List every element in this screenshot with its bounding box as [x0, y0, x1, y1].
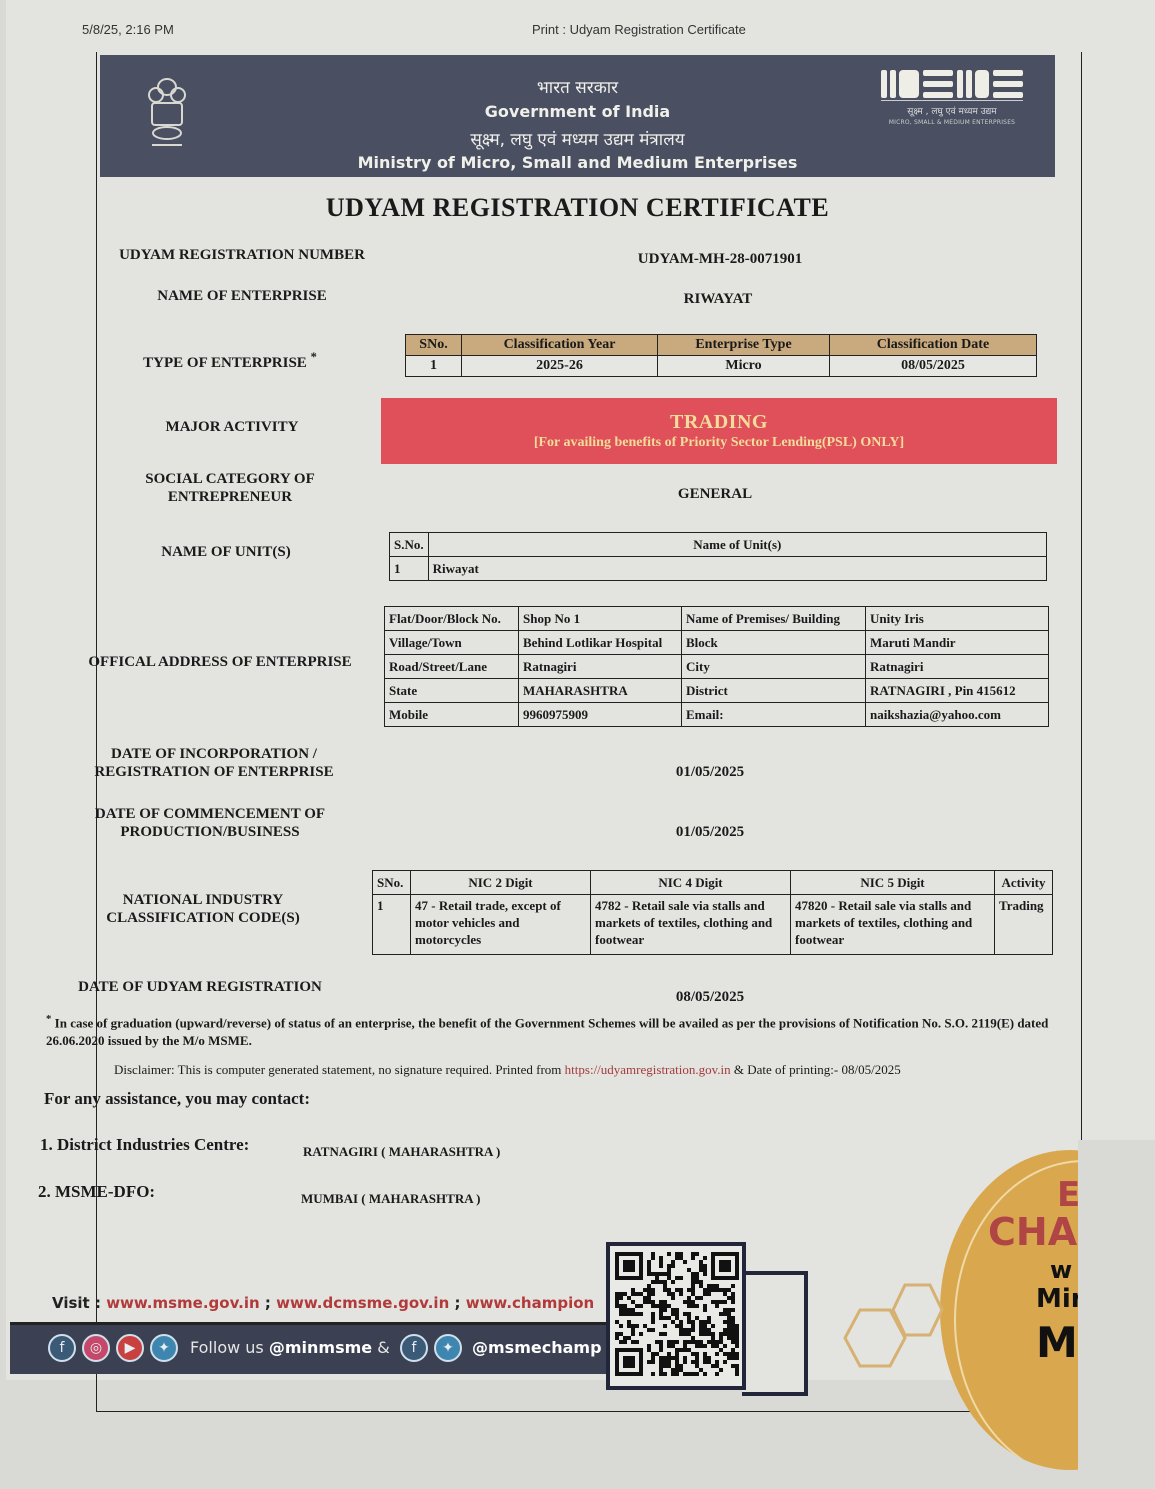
asterisk-mark: *	[311, 350, 317, 364]
address-field-label: Village/Town	[385, 631, 519, 655]
cell-sno: 1	[406, 356, 462, 377]
address-field-label: State	[385, 679, 519, 703]
address-field-value: RATNAGIRI , Pin 415612	[866, 679, 1049, 703]
champions-text-3: w	[1050, 1256, 1072, 1284]
header-classification-date: Classification Date	[830, 335, 1037, 356]
header-sno: S.No.	[390, 533, 429, 557]
msme-tagline-english: MICRO, SMALL & MEDIUM ENTERPRISES	[877, 119, 1027, 126]
honeycomb-decoration-icon	[820, 1280, 960, 1400]
major-activity-label: MAJOR ACTIVITY	[102, 418, 362, 436]
address-field-value: Maruti Mandir	[866, 631, 1049, 655]
header-enterprise-type: Enterprise Type	[658, 335, 830, 356]
cell-classification-date: 08/05/2025	[830, 356, 1037, 377]
ministry-name-text: Ministry of Micro, Small and Medium Ente…	[100, 153, 1055, 172]
qr-code-icon	[615, 1252, 739, 1376]
major-activity-note: [For availing benefits of Priority Secto…	[381, 435, 1057, 451]
cell-sno: 1	[373, 895, 411, 955]
champions-text-1: E	[1057, 1175, 1080, 1215]
udyam-registration-date-value: 08/05/2025	[630, 989, 790, 1006]
follow-text-2: @msmechamp	[472, 1338, 602, 1357]
address-field-value: 9960975909	[519, 703, 682, 727]
twitter-icon[interactable]: ✦	[434, 1334, 462, 1362]
address-field-label: Road/Street/Lane	[385, 655, 519, 679]
address-label: OFFICAL ADDRESS OF ENTERPRISE	[76, 653, 364, 671]
header-unit-name: Name of Unit(s)	[428, 533, 1046, 557]
commencement-date-label: DATE OF COMMENCEMENT OF PRODUCTION/BUSIN…	[78, 805, 342, 841]
enterprise-name-label: NAME OF ENTERPRISE	[112, 287, 372, 305]
cell-enterprise-type: Micro	[658, 356, 830, 377]
address-table: Flat/Door/Block No.Shop No 1Name of Prem…	[384, 606, 1049, 727]
address-field-value: MAHARASHTRA	[519, 679, 682, 703]
champions-text-4: Mir	[1036, 1284, 1084, 1314]
certificate-title: UDYAM REGISTRATION CERTIFICATE	[0, 193, 1155, 223]
contact-msme-dfo-label: 2. MSME-DFO:	[38, 1182, 155, 1202]
address-field-label: Email:	[682, 703, 866, 727]
enterprise-type-table: SNo. Classification Year Enterprise Type…	[405, 334, 1037, 377]
header-sno: SNo.	[373, 871, 411, 895]
facebook-icon[interactable]: f	[48, 1334, 76, 1362]
header-nic2: NIC 2 Digit	[411, 871, 591, 895]
nic-table: SNo. NIC 2 Digit NIC 4 Digit NIC 5 Digit…	[372, 870, 1053, 955]
disclaimer-prefix: Disclaimer: This is computer generated s…	[114, 1062, 565, 1077]
page-edge	[1078, 1140, 1155, 1489]
follow-text: Follow us @minmsme &	[190, 1338, 390, 1357]
header-sno: SNo.	[406, 335, 462, 356]
visit-label: Visit :	[52, 1294, 101, 1312]
youtube-icon[interactable]: ▶	[116, 1334, 144, 1362]
contact-msme-dfo-value: MUMBAI ( MAHARASHTRA )	[301, 1191, 480, 1207]
disclaimer: Disclaimer: This is computer generated s…	[114, 1062, 901, 1078]
table-row: 1 Riwayat	[390, 557, 1047, 581]
address-field-label: Flat/Door/Block No.	[385, 607, 519, 631]
address-field-value: naikshazia@yahoo.com	[866, 703, 1049, 727]
assistance-heading: For any assistance, you may contact:	[44, 1089, 310, 1109]
table-header-row: S.No. Name of Unit(s)	[390, 533, 1047, 557]
table-header-row: SNo. Classification Year Enterprise Type…	[406, 335, 1037, 356]
link-champions[interactable]: www.champion	[466, 1294, 595, 1312]
cell-unit-name: Riwayat	[428, 557, 1046, 581]
major-activity-band: TRADING [For availing benefits of Priori…	[381, 398, 1057, 464]
address-field-value: Ratnagiri	[519, 655, 682, 679]
print-timestamp: 5/8/25, 2:16 PM	[82, 22, 174, 37]
incorporation-label-line1: DATE OF INCORPORATION /	[78, 745, 350, 763]
social-category-label-line1: SOCIAL CATEGORY OF	[100, 470, 360, 488]
social-category-label-line2: ENTREPRENEUR	[100, 488, 360, 506]
address-field-value: Shop No 1	[519, 607, 682, 631]
msme-wordmark-icon	[877, 67, 1027, 101]
disclaimer-suffix: & Date of printing:- 08/05/2025	[731, 1062, 901, 1077]
contact-dic-label: 1. District Industries Centre:	[40, 1135, 249, 1155]
commencement-label-line2: PRODUCTION/BUSINESS	[78, 823, 342, 841]
enterprise-type-label-text: TYPE OF ENTERPRISE	[143, 355, 307, 371]
instagram-icon[interactable]: ◎	[82, 1334, 110, 1362]
commencement-date-value: 01/05/2025	[630, 824, 790, 841]
address-field-label: Mobile	[385, 703, 519, 727]
cell-nic5: 47820 - Retail sale via stalls and marke…	[791, 895, 995, 955]
cell-activity: Trading	[995, 895, 1053, 955]
qr-code	[606, 1242, 746, 1390]
registration-number-value: UDYAM-MH-28-0071901	[570, 251, 870, 268]
separator: ;	[260, 1294, 276, 1312]
visit-links: Visit : www.msme.gov.in ; www.dcmsme.gov…	[52, 1294, 594, 1312]
address-field-value: Ratnagiri	[866, 655, 1049, 679]
header-activity: Activity	[995, 871, 1053, 895]
facebook-icon[interactable]: f	[400, 1334, 428, 1362]
registration-number-label: UDYAM REGISTRATION NUMBER	[112, 246, 372, 264]
cell-sno: 1	[390, 557, 429, 581]
table-row: 1 47 - Retail trade, except of motor veh…	[373, 895, 1053, 955]
incorporation-date-value: 01/05/2025	[630, 764, 790, 781]
msme-tagline-hindi: सूक्ष्म , लघु एवं मध्यम उद्यम	[877, 104, 1027, 117]
table-row: Village/TownBehind Lotlikar HospitalBloc…	[385, 631, 1049, 655]
address-field-value: Unity Iris	[866, 607, 1049, 631]
twitter-icon[interactable]: ✦	[150, 1334, 178, 1362]
print-title: Print : Udyam Registration Certificate	[532, 22, 746, 37]
udyam-registration-date-label: DATE OF UDYAM REGISTRATION	[60, 978, 340, 996]
table-row: StateMAHARASHTRADistrictRATNAGIRI , Pin …	[385, 679, 1049, 703]
social-category-label: SOCIAL CATEGORY OF ENTREPRENEUR	[100, 470, 360, 506]
header-nic5: NIC 5 Digit	[791, 871, 995, 895]
link-dcmsme[interactable]: www.dcmsme.gov.in	[276, 1294, 449, 1312]
table-row: Mobile9960975909Email:naikshazia@yahoo.c…	[385, 703, 1049, 727]
cell-nic2: 47 - Retail trade, except of motor vehic…	[411, 895, 591, 955]
header-banner: भारत सरकार Government of India सूक्ष्म, …	[100, 55, 1055, 177]
cell-nic4: 4782 - Retail sale via stalls and market…	[591, 895, 791, 955]
address-field-value: Behind Lotlikar Hospital	[519, 631, 682, 655]
handle-msmechamp[interactable]: @msmechamp	[472, 1338, 602, 1357]
handle-minmsme[interactable]: @minmsme	[269, 1338, 372, 1357]
footnote-text: In case of graduation (upward/reverse) o…	[46, 1015, 1048, 1048]
table-row: 1 2025-26 Micro 08/05/2025	[406, 356, 1037, 377]
nic-label-line2: CLASSIFICATION CODE(S)	[78, 909, 328, 927]
major-activity-value: TRADING	[381, 411, 1057, 434]
commencement-label-line1: DATE OF COMMENCEMENT OF	[78, 805, 342, 823]
incorporation-date-label: DATE OF INCORPORATION / REGISTRATION OF …	[78, 745, 350, 781]
social-category-value: GENERAL	[615, 486, 815, 503]
table-row: Road/Street/LaneRatnagiriCityRatnagiri	[385, 655, 1049, 679]
header-classification-year: Classification Year	[462, 335, 658, 356]
address-field-label: District	[682, 679, 866, 703]
table-header-row: SNo. NIC 2 Digit NIC 4 Digit NIC 5 Digit…	[373, 871, 1053, 895]
header-nic4: NIC 4 Digit	[591, 871, 791, 895]
follow-label: Follow us	[190, 1338, 264, 1357]
table-row: Flat/Door/Block No.Shop No 1Name of Prem…	[385, 607, 1049, 631]
address-field-label: Name of Premises/ Building	[682, 607, 866, 631]
enterprise-name-value: RIWAYAT	[618, 291, 818, 308]
msme-logo: सूक्ष्म , लघु एवं मध्यम उद्यम MICRO, SMA…	[877, 67, 1027, 135]
cell-classification-year: 2025-26	[462, 356, 658, 377]
champions-text-2: CHA	[988, 1210, 1077, 1254]
link-msme[interactable]: www.msme.gov.in	[106, 1294, 260, 1312]
address-field-label: Block	[682, 631, 866, 655]
contact-dic-value: RATNAGIRI ( MAHARASHTRA )	[303, 1144, 500, 1160]
udyam-portal-link[interactable]: https://udyamregistration.gov.in	[565, 1062, 731, 1077]
units-table: S.No. Name of Unit(s) 1 Riwayat	[389, 532, 1047, 581]
ampersand: &	[377, 1338, 389, 1357]
graduation-footnote: * In case of graduation (upward/reverse)…	[46, 1010, 1061, 1050]
separator: ;	[449, 1294, 465, 1312]
qr-frame-side	[742, 1271, 808, 1396]
enterprise-type-label: TYPE OF ENTERPRISE *	[100, 348, 360, 372]
address-field-label: City	[682, 655, 866, 679]
nic-label-line1: NATIONAL INDUSTRY	[78, 891, 328, 909]
nic-label: NATIONAL INDUSTRY CLASSIFICATION CODE(S)	[78, 891, 328, 927]
units-label: NAME OF UNIT(S)	[96, 543, 356, 561]
social-bar: f ◎ ▶ ✦ Follow us @minmsme & f ✦ @msmech…	[10, 1322, 608, 1374]
champions-text-5: M	[1036, 1318, 1078, 1367]
incorporation-label-line2: REGISTRATION OF ENTERPRISE	[78, 763, 350, 781]
